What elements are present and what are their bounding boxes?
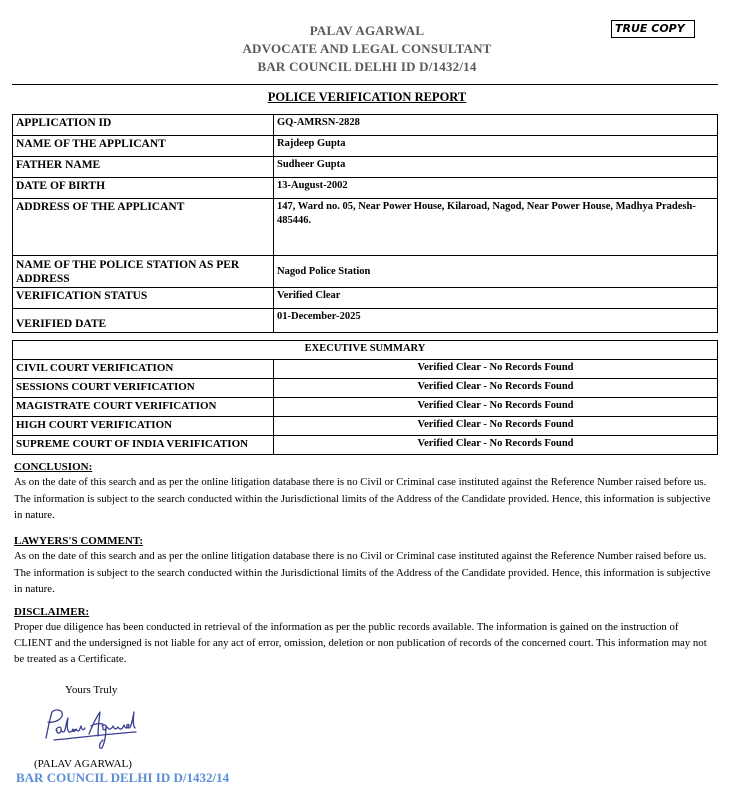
lawyers-comment-text: As on the date of this search and as per…	[14, 548, 714, 598]
table-row: HIGH COURT VERIFICATION Verified Clear -…	[13, 417, 718, 436]
field-label: APPLICATION ID	[13, 115, 274, 136]
field-value: GQ-AMRSN-2828	[274, 115, 718, 136]
field-label: ADDRESS OF THE APPLICANT	[13, 199, 274, 256]
applicant-details-table: APPLICATION ID GQ-AMRSN-2828 NAME OF THE…	[12, 114, 718, 333]
signatory-bar-id: BAR COUNCIL DELHI ID D/1432/14	[16, 770, 229, 786]
table-row: SUPREME COURT OF INDIA VERIFICATION Veri…	[13, 436, 718, 455]
table-row: NAME OF THE POLICE STATION AS PER ADDRES…	[13, 256, 718, 288]
field-value: Sudheer Gupta	[274, 157, 718, 178]
table-row: VERIFICATION STATUS Verified Clear	[13, 288, 718, 309]
table-row: FATHER NAME Sudheer Gupta	[13, 157, 718, 178]
advocate-designation: ADVOCATE AND LEGAL CONSULTANT	[0, 40, 734, 58]
conclusion-section: CONCLUSION: As on the date of this searc…	[14, 460, 714, 524]
court-result: Verified Clear - No Records Found	[274, 379, 718, 398]
field-label: VERIFICATION STATUS	[13, 288, 274, 309]
conclusion-heading: CONCLUSION:	[14, 460, 714, 474]
closing-salutation: Yours Truly	[65, 684, 117, 696]
table-row: SESSIONS COURT VERIFICATION Verified Cle…	[13, 379, 718, 398]
table-row: VERIFIED DATE 01-December-2025	[13, 309, 718, 333]
field-value: Verified Clear	[274, 288, 718, 309]
advocate-bar-id: BAR COUNCIL DELHI ID D/1432/14	[0, 58, 734, 76]
court-label: SESSIONS COURT VERIFICATION	[13, 379, 274, 398]
disclaimer-section: DISCLAIMER: Proper due diligence has bee…	[14, 605, 714, 667]
summary-header-row: EXECUTIVE SUMMARY	[13, 341, 718, 360]
table-row: MAGISTRATE COURT VERIFICATION Verified C…	[13, 398, 718, 417]
table-row: APPLICATION ID GQ-AMRSN-2828	[13, 115, 718, 136]
court-result: Verified Clear - No Records Found	[274, 398, 718, 417]
field-label: NAME OF THE POLICE STATION AS PER ADDRES…	[13, 256, 274, 288]
disclaimer-heading: DISCLAIMER:	[14, 605, 714, 619]
court-label: CIVIL COURT VERIFICATION	[13, 360, 274, 379]
header-divider	[12, 84, 718, 85]
court-result: Verified Clear - No Records Found	[274, 417, 718, 436]
table-row: NAME OF THE APPLICANT Rajdeep Gupta	[13, 136, 718, 157]
field-value: Nagod Police Station	[274, 256, 718, 288]
summary-heading: EXECUTIVE SUMMARY	[13, 341, 718, 360]
report-title: POLICE VERIFICATION REPORT	[0, 90, 734, 105]
table-row: DATE OF BIRTH 13-August-2002	[13, 178, 718, 199]
table-row: CIVIL COURT VERIFICATION Verified Clear …	[13, 360, 718, 379]
lawyers-comment-heading: LAWYERS'S COMMENT:	[14, 534, 714, 548]
executive-summary-table: EXECUTIVE SUMMARY CIVIL COURT VERIFICATI…	[12, 340, 718, 455]
field-value: 147, Ward no. 05, Near Power House, Kila…	[274, 199, 718, 256]
true-copy-stamp: TRUE COPY	[611, 20, 695, 38]
signature-icon	[36, 704, 146, 756]
signatory-name: (PALAV AGARWAL)	[34, 758, 132, 770]
court-label: MAGISTRATE COURT VERIFICATION	[13, 398, 274, 417]
field-label: VERIFIED DATE	[13, 309, 274, 333]
lawyers-comment-section: LAWYERS'S COMMENT: As on the date of thi…	[14, 534, 714, 598]
field-label: DATE OF BIRTH	[13, 178, 274, 199]
field-value: Rajdeep Gupta	[274, 136, 718, 157]
court-label: SUPREME COURT OF INDIA VERIFICATION	[13, 436, 274, 455]
disclaimer-text: Proper due diligence has been conducted …	[14, 619, 714, 667]
conclusion-text: As on the date of this search and as per…	[14, 474, 714, 524]
court-result: Verified Clear - No Records Found	[274, 436, 718, 455]
table-row: ADDRESS OF THE APPLICANT 147, Ward no. 0…	[13, 199, 718, 256]
field-label: FATHER NAME	[13, 157, 274, 178]
field-value: 01-December-2025	[274, 309, 718, 333]
court-label: HIGH COURT VERIFICATION	[13, 417, 274, 436]
field-label: NAME OF THE APPLICANT	[13, 136, 274, 157]
court-result: Verified Clear - No Records Found	[274, 360, 718, 379]
field-value: 13-August-2002	[274, 178, 718, 199]
